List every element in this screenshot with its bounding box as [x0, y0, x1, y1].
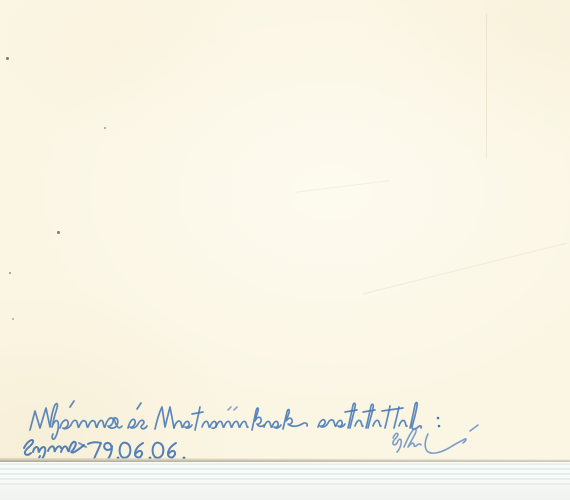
- scanner-background: [0, 462, 570, 500]
- signature-script: illegible signature flourish: [393, 425, 478, 453]
- dedication-line1-script: Anyánknak és Mesterünknek szeretettel:: [30, 401, 440, 439]
- scanner-lower-area: [0, 486, 570, 500]
- scanner-scanline-stripes: [0, 463, 570, 485]
- handwritten-dedication: Anyánknak és Mesterünknek szeretettel:: [0, 0, 570, 500]
- scanned-photo-back: Anyánknak és Mesterünknek szeretettel:: [0, 0, 570, 500]
